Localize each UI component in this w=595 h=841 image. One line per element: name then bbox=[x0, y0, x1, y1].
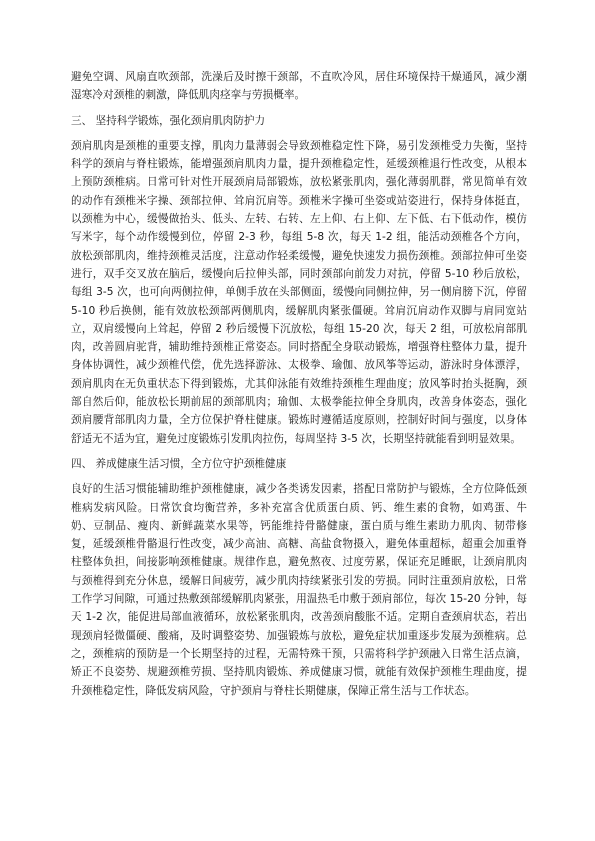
spacer bbox=[71, 473, 527, 480]
spacer bbox=[71, 130, 527, 137]
section-heading-lifestyle: 四、 养成健康生活习惯，全方位守护颈椎健康 bbox=[71, 455, 527, 473]
spacer bbox=[71, 105, 527, 112]
paragraph-lifestyle: 良好的生活习惯能辅助维护颈椎健康，减少各类诱发因素，搭配日常防护与锻炼，全方位降… bbox=[71, 480, 527, 700]
spacer bbox=[71, 448, 527, 455]
document-page: 避免空调、风扇直吹颈部，洗澡后及时擦干颈部，不直吹冷风，居住环境保持干燥通风，减… bbox=[71, 68, 527, 700]
section-heading-exercise: 三、 坚持科学锻炼，强化颈肩肌肉防护力 bbox=[71, 112, 527, 130]
paragraph-environment-protection: 避免空调、风扇直吹颈部，洗澡后及时擦干颈部，不直吹冷风，居住环境保持干燥通风，减… bbox=[71, 68, 527, 105]
paragraph-exercise: 颈肩肌肉是颈椎的重要支撑，肌肉力量薄弱会导致颈椎稳定性下降，易引发颈椎受力失衡，… bbox=[71, 137, 527, 448]
